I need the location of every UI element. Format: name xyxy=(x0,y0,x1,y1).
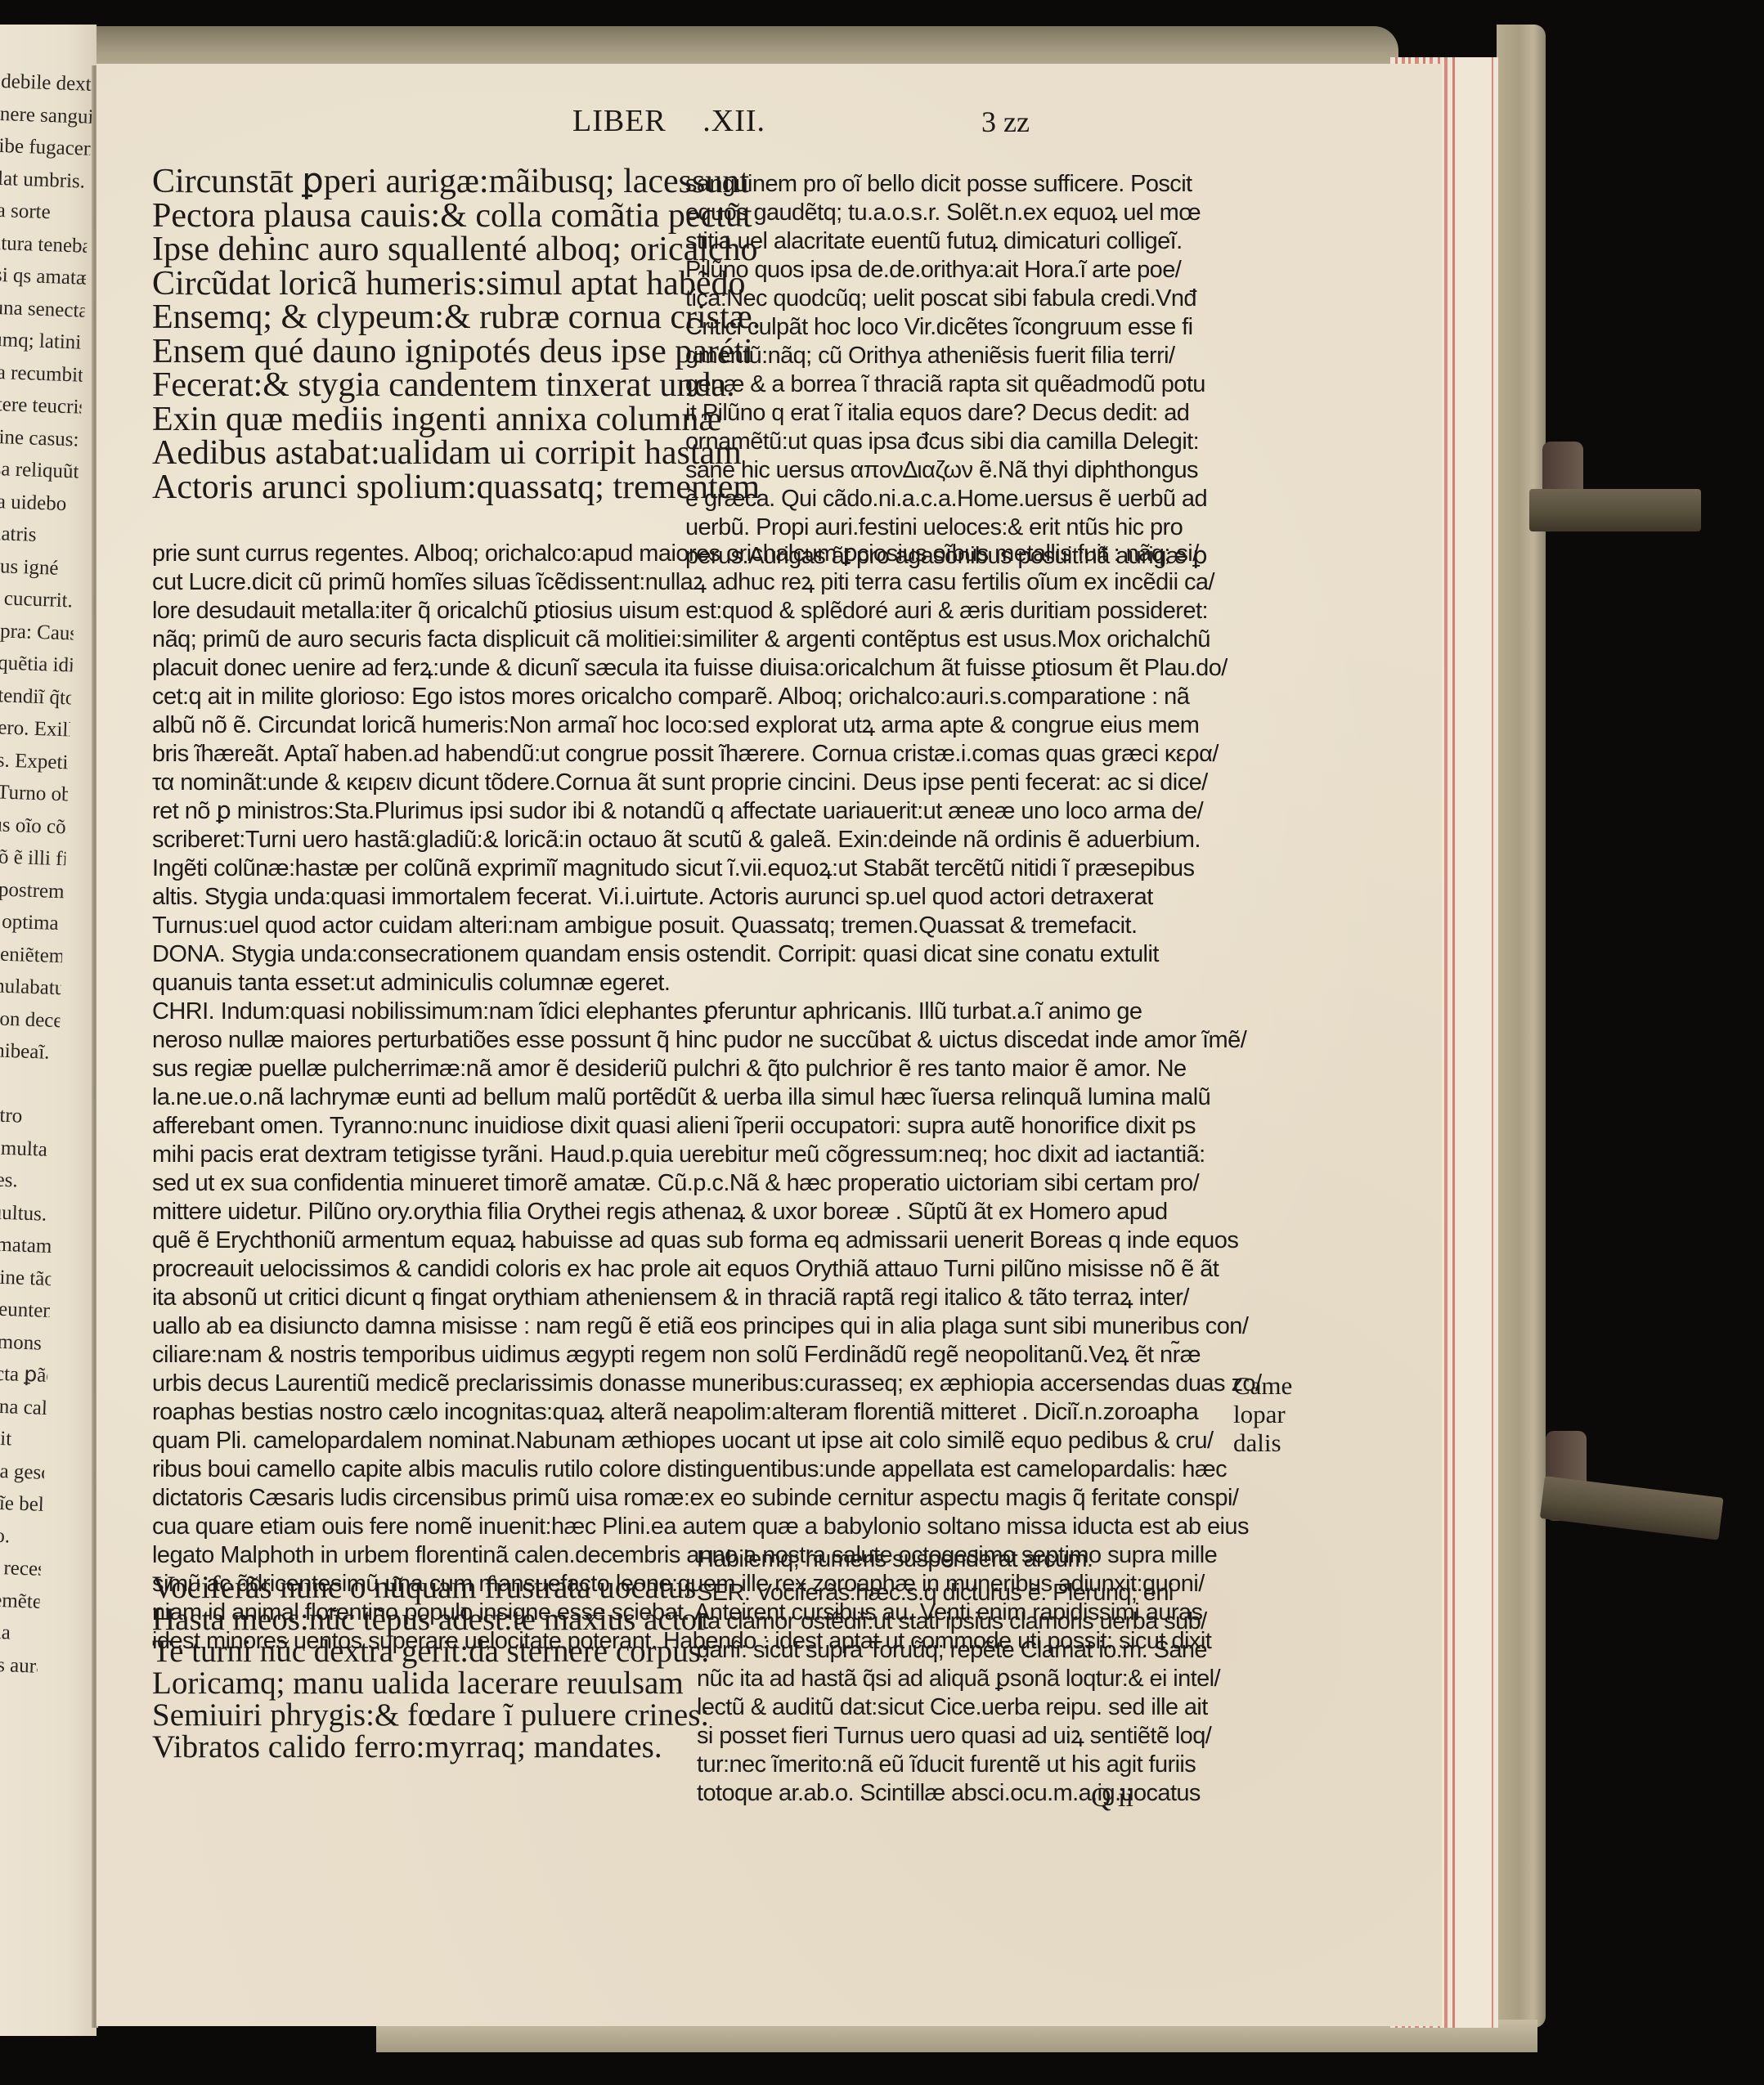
verse-line: Aedibus astabat:ualidam ui corripit hast… xyxy=(152,437,676,471)
left-page-line: crastina calo xyxy=(0,1389,47,1424)
left-page-line xyxy=(0,1066,58,1101)
left-page-line: ibe fugacem xyxy=(0,130,91,165)
verse-line: Fecerat:& stygia candentem tinxerat unda… xyxy=(152,369,676,403)
running-head: LIBER .XII. xyxy=(572,103,765,139)
left-page-line: stimulabatur xyxy=(0,969,61,1004)
vellum-cover-fore-edge xyxy=(1497,25,1546,2028)
left-page-line: nine casus: xyxy=(0,420,81,455)
left-page-line: rtere teucris xyxy=(0,388,82,424)
verse-line: Pectora plausa cauis:& colla comãtia pec… xyxy=(152,200,676,234)
commentary-line: mittere uidetur. Pilũno ory.orythia fili… xyxy=(152,1198,1227,1226)
left-page-line: enero. Exillo q xyxy=(0,711,70,747)
left-page-line: una senectæ xyxy=(0,291,85,326)
left-page-line: prohibeaĩ. xyxy=(0,1034,60,1069)
commentary-line: roaphas bestias nostro cælo incognitas:q… xyxy=(152,1398,1227,1427)
left-page-line: orithyia xyxy=(0,1615,39,1650)
commentary-line: τα nominãt:unde & κειρειν dicunt tõdere.… xyxy=(152,769,1227,797)
left-page-line: rubebit xyxy=(0,1421,46,1456)
left-page-line: ca dicta ꝑão xyxy=(0,1356,48,1392)
commentary-line: urbis decus Laurentiũ medicẽ preclarissi… xyxy=(152,1370,1227,1398)
commentary-line: DONA. Stygia unda:consecrationem quandam… xyxy=(152,940,1227,969)
commentary-line: lore desudauit metalla:iter q̃ oricalchũ… xyxy=(152,597,1227,625)
commentary-line: CHRI. Indum:quasi nobilissimum:nam ĩdici… xyxy=(152,998,1227,1026)
verse-block-bottom: Vociferãs nunc o nũquam frustrata uocatu… xyxy=(152,1572,676,1763)
left-page-line: debile dextra xyxy=(1,65,93,101)
marginal-note-line: lopar xyxy=(1233,1400,1292,1428)
commentary-line: tica:Nec quodcũq; uelit poscat sibi fabu… xyxy=(685,285,1227,313)
commentary-line: quam Pli. camelopardalem nominat.Nabunam… xyxy=(152,1427,1227,1455)
verse-line: Circũdat loricã humeris:simul aptat habẽ… xyxy=(152,267,676,302)
commentary-line: gmentũ:nãq; cũ Orithya atheniẽsis fuerit… xyxy=(685,342,1227,370)
commentary-line: genæ & a borrea ĩ thraciã rapta sit quẽa… xyxy=(685,370,1227,399)
commentary-full-width: prie sunt currus regentes. Alboq; oricha… xyxy=(152,540,1227,1656)
commentary-line: la.ne.ue.o.nã lachrymæ eunti ad bellum m… xyxy=(152,1083,1227,1112)
left-page-line: ora fremẽtes: xyxy=(0,1582,40,1617)
commentary-line: procreauit uelocissimos & candidi colori… xyxy=(152,1255,1227,1284)
commentary-line: ribus boui camello capite albis maculis … xyxy=(152,1455,1227,1484)
left-page-line: bera mons xyxy=(0,1325,49,1360)
left-page-line: lat umbris. xyxy=(0,162,90,197)
left-page-line: ũ arma gescãt xyxy=(0,1453,45,1488)
left-page-line: campo. xyxy=(0,1518,43,1553)
left-page-line: mus igné xyxy=(0,549,76,585)
left-page-line: a sorte xyxy=(0,195,88,230)
commentary-line: uerbũ. Propi auri.festini ueloces:& erit… xyxy=(685,513,1227,542)
commentary-line: ita clamor ostẽdiĩ:ut stati ipsius clamo… xyxy=(697,1607,1237,1636)
commentary-line: lectũ & auditũ dat:sicut Cice.uerba reip… xyxy=(697,1693,1237,1722)
verse-line: Vibratos calido ferro:myrraq; mandates. xyxy=(152,1731,676,1763)
verse-line: Te turni nũc dextra gerit:da sternere co… xyxy=(152,1635,676,1667)
left-page-line: olores. xyxy=(0,1163,55,1198)
left-page-line: ursibus auras xyxy=(0,1647,38,1682)
left-page-text: debile dextranere sanguis:ibe fugacemlat… xyxy=(0,65,93,1683)
verse-line: Loricamq; manu ualida lacerare reuulsam xyxy=(152,1667,676,1699)
commentary-line: nũc ita ad hastã q̃si ad aliquã ꝑsonã lo… xyxy=(697,1665,1237,1693)
left-page-line: sequẽtia idicant. xyxy=(0,647,73,682)
commentary-line: Critici culpãt hoc loco Vir.dicẽtes ĩcon… xyxy=(685,313,1227,342)
left-page-line: faĩ amatam xyxy=(0,1227,52,1262)
left-page-line: cõueniẽtem xyxy=(0,937,63,972)
left-page-line: si qs amatæ xyxy=(0,259,87,294)
commentary-line: it Pilũno q erat ĩ italia equos dare? De… xyxy=(685,399,1227,428)
commentary-line: equos gaudẽtq; tu.a.o.s.r. Solẽt.n.ex eq… xyxy=(685,199,1227,227)
left-page-line: e omine tão xyxy=(0,1260,52,1295)
commentary-line: ciliare:nam & nostris temporibus uidimus… xyxy=(152,1341,1227,1370)
commentary-line: ita absonũ ut critici dicunt q fingat or… xyxy=(152,1284,1227,1312)
commentary-line: albũ nõ ẽ. Circundat loricã humeris:Non … xyxy=(152,711,1227,740)
commentary-line: quẽ ẽ Erychthoniũ armentum equaꝝ habuiss… xyxy=(152,1226,1227,1255)
left-page-line: it ostro xyxy=(0,1098,57,1133)
commentary-line: stitia uel alacritate euentũ futuꝝ dimic… xyxy=(685,227,1227,256)
left-page-line: matris xyxy=(0,518,78,553)
commentary-line: si posset fieri Turnus uero quasi ad uiꝝ… xyxy=(697,1722,1237,1751)
commentary-line: cet:q ait in milite glorioso: Ego istos … xyxy=(152,683,1227,711)
left-page-line: uté optima di/ xyxy=(0,904,64,939)
left-page-line: ostendiĩ q̃to tibi xyxy=(0,679,72,714)
commentary-line: Turnus:uel quod actor cuidam alteri:nam … xyxy=(152,912,1227,940)
facing-left-page: debile dextranere sanguis:ibe fugacemlat… xyxy=(0,25,97,2036)
left-page-line: i tecta recessit: xyxy=(0,1550,42,1585)
verse-block-top: Circunstāt ꝑperi aurigæ:mãibusq; lacessu… xyxy=(152,165,676,504)
left-page-line: supra: Causa xyxy=(0,614,74,649)
commentary-line: mihi pacis erat dextram tetigisse tyrãni… xyxy=(152,1141,1227,1169)
book-number: .XII. xyxy=(702,104,765,138)
commentary-column-bottom: Habilemq; humeris suspenderat arcum. SER… xyxy=(697,1545,1237,1808)
commentary-line: Pilũno quos ipsa de.de.orithya:ait Hora.… xyxy=(685,256,1227,285)
commentary-line: danĩ: sicut supra Toruũq; repẽte Clamat … xyxy=(697,1636,1237,1665)
verse-line: Exin quæ mediis ingenti annixa columnæ xyxy=(152,403,676,437)
commentary-line: sus regiæ puellæ pulcherrimæ:nã amor ẽ d… xyxy=(152,1055,1227,1083)
left-page-line: ua uidebo xyxy=(0,485,79,520)
commentary-line: scriberet:Turni uero hastã:gladiũ:& lori… xyxy=(152,826,1227,854)
commentary-line: placuit donec uenire ad ferꝝ:unde & dicu… xyxy=(152,654,1227,683)
verse-line: Ensemq; & clypeum:& rubræ cornua cristæ. xyxy=(152,301,676,335)
left-page-line: tat postremo cõ xyxy=(0,872,65,908)
commentary-line: SER. Vociferãs:hæc.s.q dicturus ẽ. Pleru… xyxy=(697,1579,1237,1607)
brass-clasp-lower[interactable] xyxy=(1540,1476,1724,1540)
commentary-line: dictatoris Cæsaris ludis circensibus pri… xyxy=(152,1484,1227,1513)
verse-line: Actoris arunci spolium:quassatq; trement… xyxy=(152,471,676,505)
left-page-line: ine uultus. xyxy=(0,1195,54,1231)
marginal-note-line: dalis xyxy=(1233,1428,1292,1457)
commentary-line: tur:nec ĩmerito:nã eũ ĩducit furentẽ ut … xyxy=(697,1751,1237,1779)
commentary-line: uallo ab ea disiuncto damna misisse : na… xyxy=(152,1312,1227,1341)
marginal-note-camelopardalis: Came lopar dalis xyxy=(1233,1371,1292,1457)
left-page-line: ta recumbit) xyxy=(0,356,83,391)
left-page-line: artis euntem xyxy=(0,1292,51,1327)
verse-line: Circunstāt ꝑperi aurigæ:mãibusq; lacessu… xyxy=(152,165,676,200)
commentary-line: bris ĩhæreãt. Aptaĩ haben.ad habendũ:ut … xyxy=(152,740,1227,769)
brass-clasp-upper[interactable] xyxy=(1529,489,1701,531)
commentary-line: prie sunt currus regentes. Alboq; oricha… xyxy=(152,540,1227,568)
commentary-line: neroso nullæ maiores perturbatiões esse … xyxy=(152,1026,1227,1055)
commentary-line: sane hic uersus απον∆ιαζων ẽ.Nã thyi dip… xyxy=(685,456,1227,485)
commentary-line: nãq; primũ de auro securis facta displic… xyxy=(152,625,1227,654)
verse-line: Ipse dehinc auro squallenté alboq; orica… xyxy=(152,233,676,267)
commentary-line: altis. Stygia unda:quasi immortalem fece… xyxy=(152,883,1227,912)
verse-line: Vociferãs nunc o nũquam frustrata uocatu… xyxy=(152,1572,676,1603)
verse-line: Hasta meos:nũc tẽpus adest:te maxius act… xyxy=(152,1603,676,1635)
left-page-line: urus oĩo cõiugia xyxy=(0,808,67,843)
left-page-line: lũ Turno obseqĩ xyxy=(0,775,69,810)
verse-line: Ensem qué dauno ignipotés deus ipse paré… xyxy=(152,335,676,370)
commentary-line: cut Lucre.dicit cũ primũ homĩes siluas ĩ… xyxy=(152,568,1227,597)
left-page-line: itura tenebat: xyxy=(0,226,88,262)
verse-line: Semiuiri phrygis:& fœdare ĩ puluere crin… xyxy=(152,1699,676,1731)
commentary-line: afferebant omen. Tyranno:nunc inuidiose … xyxy=(152,1112,1227,1141)
signature-mark: Q ii xyxy=(1091,1782,1133,1814)
commentary-line: Ingẽti colũnæ:hastæ per colũnã exprimiĩ … xyxy=(152,854,1227,883)
vellum-cover-top-edge xyxy=(49,26,1398,67)
commentary-line: sanguinem pro oĩ bello dicit posse suffi… xyxy=(685,170,1227,199)
left-page-line: nere sanguis: xyxy=(0,97,92,132)
left-page-line: isa reliquũt xyxy=(0,453,79,488)
marginal-note-line: Came xyxy=(1233,1371,1292,1400)
commentary-line: cua quare etiam ouis fere nomẽ inuenit:h… xyxy=(152,1513,1227,1541)
commentary-line: quanuis tanta esset:ut adminiculis colum… xyxy=(152,969,1227,998)
left-page-line: ra cucurrit. xyxy=(0,582,75,617)
left-page-line: ẽ nõ ẽ illi fide xyxy=(0,840,66,875)
running-title: LIBER xyxy=(572,104,667,138)
left-page-line: sanguĩe bellũ. xyxy=(0,1486,43,1521)
commentary-line: ornamẽtũ:ut quas ipsa đcus sibi dia cami… xyxy=(685,428,1227,456)
commentary-line: ret nõ ꝑ ministros:Sta.Plurimus ipsi sud… xyxy=(152,797,1227,826)
left-page-line: lilia multa xyxy=(0,1131,56,1166)
left-page-line: m non dece/ xyxy=(0,1002,61,1037)
left-page-line: nas. Expetissent: xyxy=(0,743,70,778)
left-page-line: umq; latini xyxy=(0,324,84,359)
commentary-line: sed ut ex sua confidentia minueret timor… xyxy=(152,1169,1227,1198)
commentary-line: Habilemq; humeris suspenderat arcum. xyxy=(697,1545,1237,1574)
commentary-line: totoque ar.ab.o. Scintillæ absci.ocu.m.a… xyxy=(697,1779,1237,1808)
folio-number: 3 zz xyxy=(981,105,1030,139)
commentary-column-top: sanguinem pro oĩ bello dicit posse suffi… xyxy=(685,170,1227,571)
commentary-line: ẽ græca. Qui cãdo.ni.a.c.a.Home.uersus ẽ… xyxy=(685,485,1227,513)
